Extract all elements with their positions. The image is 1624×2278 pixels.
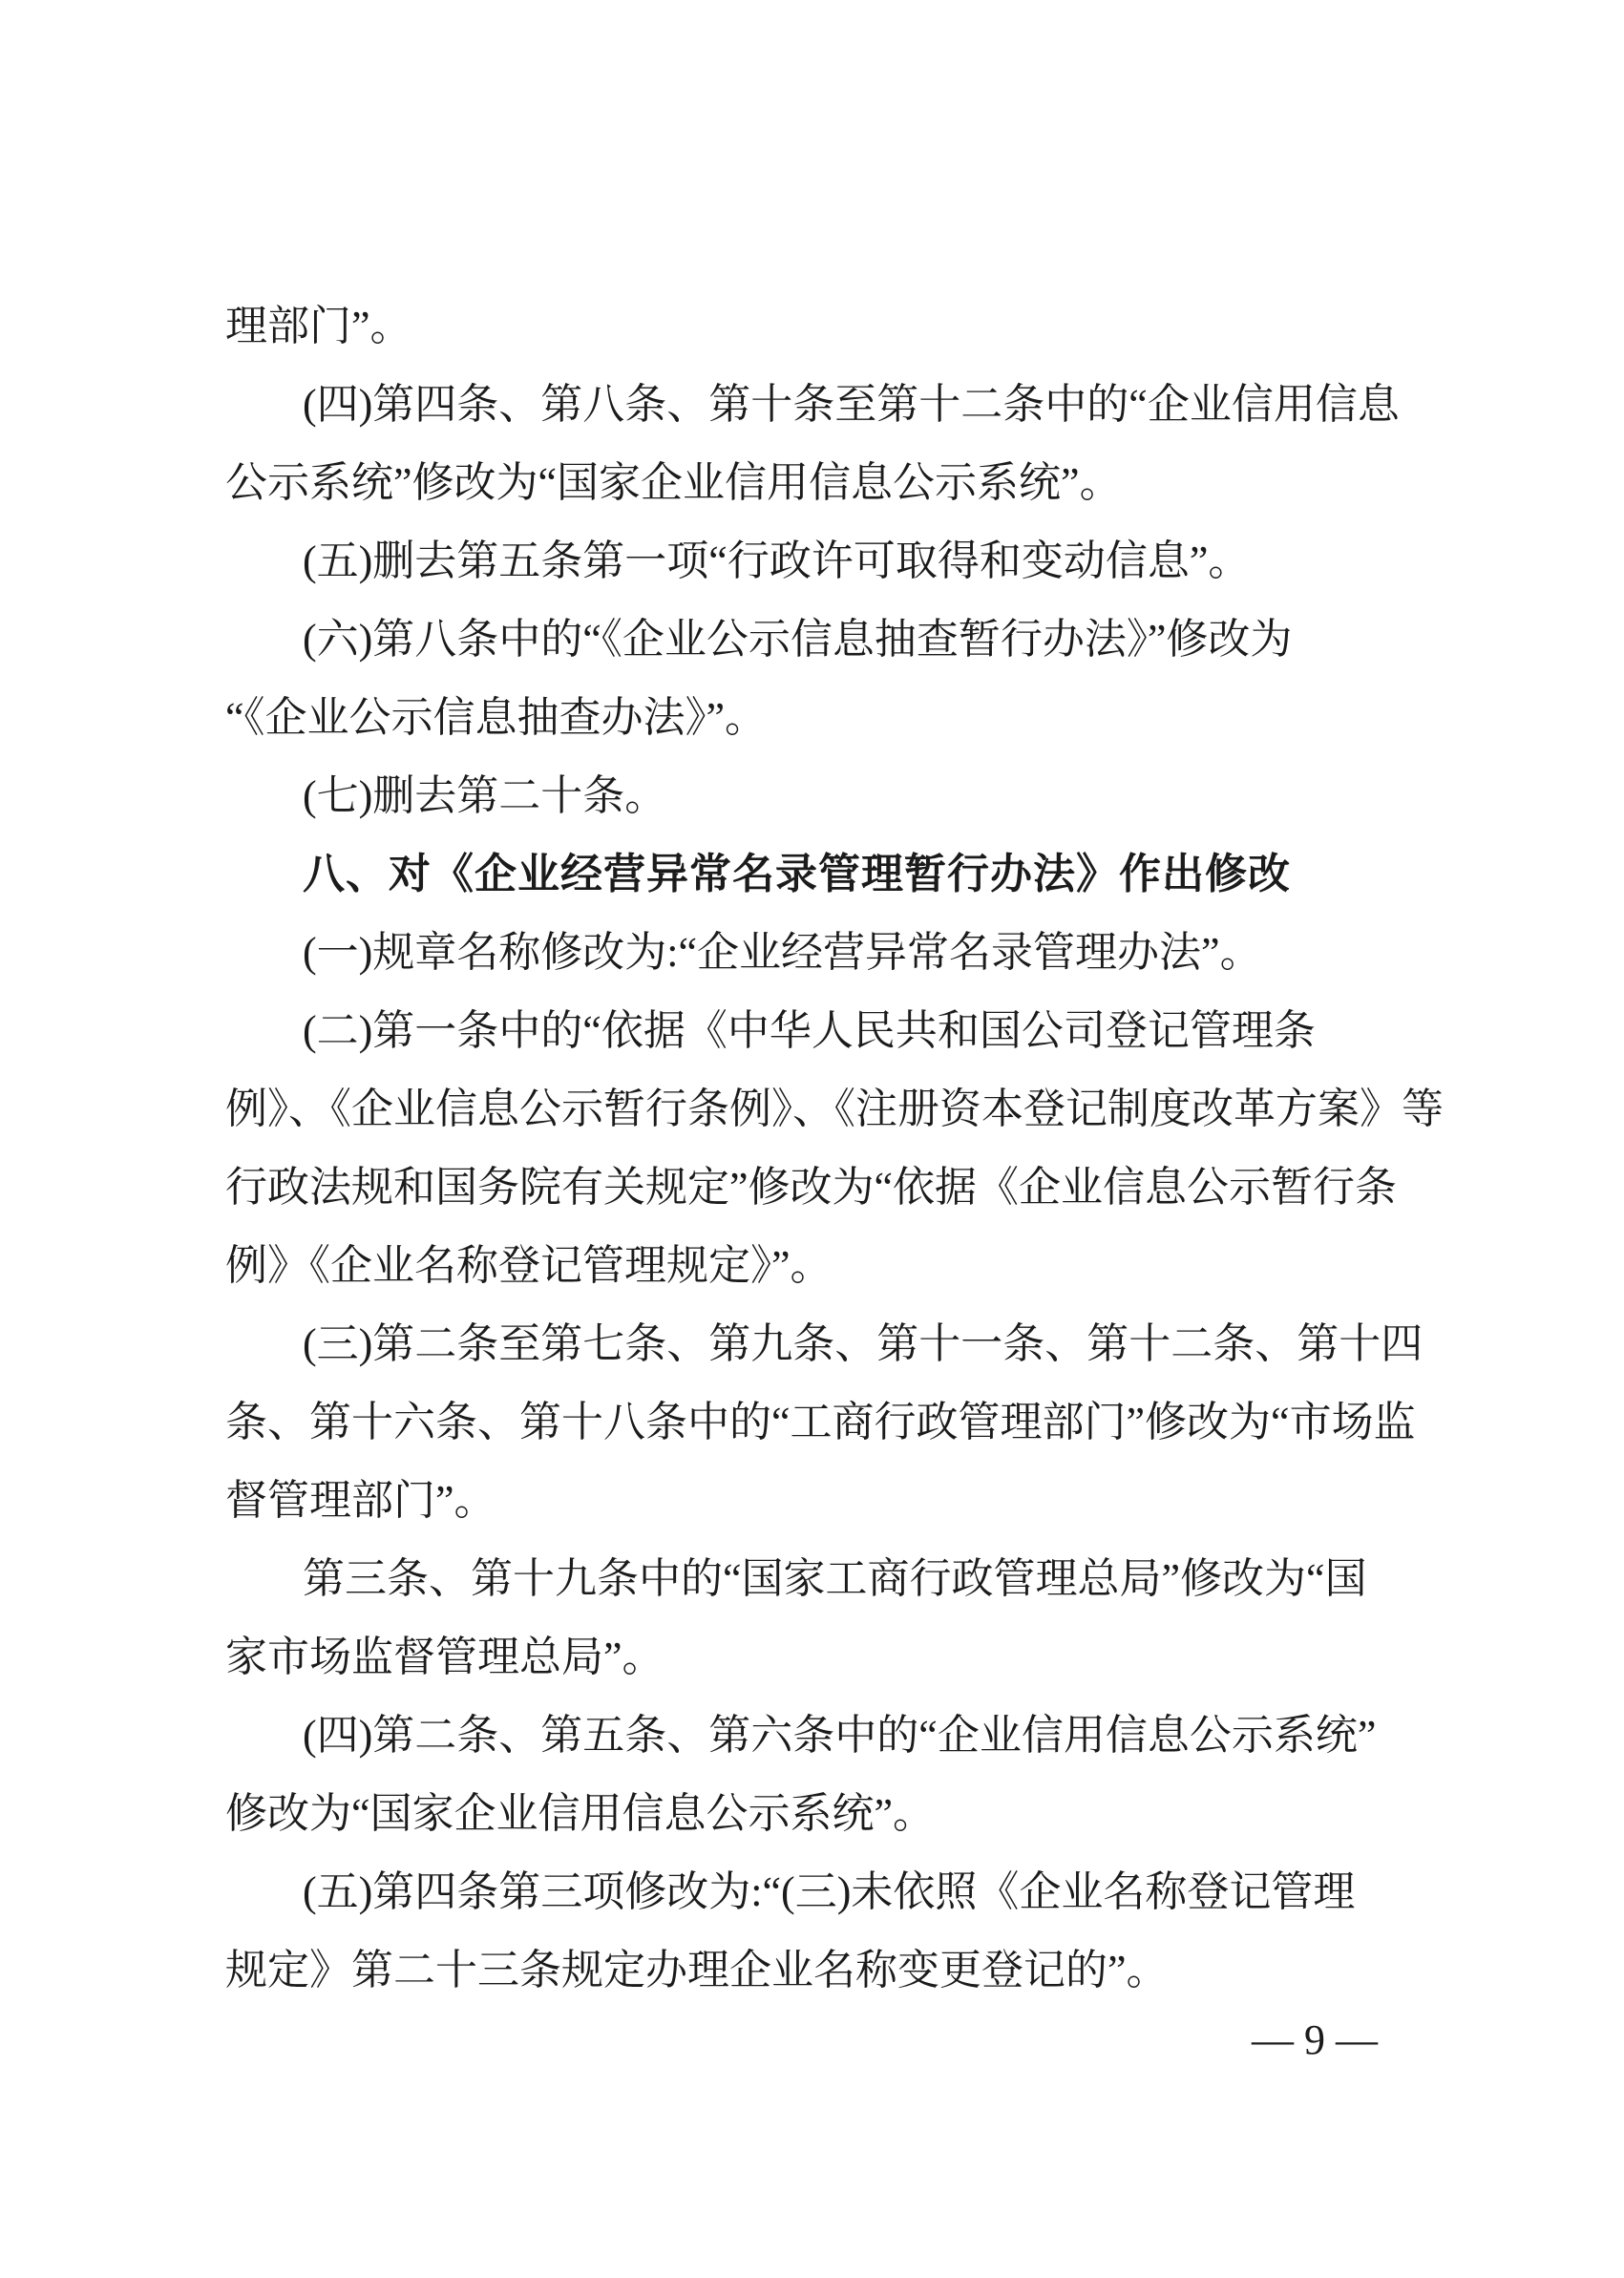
text-line: 第三条、第十九条中的“国家工商行政管理总局”修改为“国 bbox=[225, 1540, 1419, 1618]
page-number: — 9 — bbox=[1252, 2016, 1378, 2064]
text-line: (七)删去第二十条。 bbox=[225, 757, 1419, 835]
text-line: 条、第十六条、第十八条中的“工商行政管理部门”修改为“市场监 bbox=[225, 1383, 1419, 1462]
text-line: (三)第二条至第七条、第九条、第十一条、第十二条、第十四 bbox=[225, 1305, 1419, 1383]
text-line: 公示系统”修改为“国家企业信用信息公示系统”。 bbox=[225, 444, 1419, 522]
text-line: (一)规章名称修改为:“企业经营异常名录管理办法”。 bbox=[225, 914, 1419, 992]
text-line: 例》、《企业信息公示暂行条例》、《注册资本登记制度改革方案》等 bbox=[225, 1070, 1419, 1149]
document-page: 理部门”。(四)第四条、第八条、第十条至第十二条中的“企业信用信息公示系统”修改… bbox=[0, 0, 1624, 2278]
text-line: 修改为“国家企业信用信息公示系统”。 bbox=[225, 1775, 1419, 1853]
text-line: (五)第四条第三项修改为:“(三)未依照《企业名称登记管理 bbox=[225, 1853, 1419, 1931]
text-line: (五)删去第五条第一项“行政许可取得和变动信息”。 bbox=[225, 522, 1419, 601]
document-body: 理部门”。(四)第四条、第八条、第十条至第十二条中的“企业信用信息公示系统”修改… bbox=[225, 287, 1419, 2010]
text-line: 家市场监督管理总局”。 bbox=[225, 1618, 1419, 1697]
section-heading: 八、对《企业经营异常名录管理暂行办法》作出修改 bbox=[225, 835, 1419, 914]
text-line: 行政法规和国务院有关规定”修改为“依据《企业信息公示暂行条 bbox=[225, 1149, 1419, 1227]
text-line: (四)第四条、第八条、第十条至第十二条中的“企业信用信息 bbox=[225, 366, 1419, 444]
text-line: (二)第一条中的“依据《中华人民共和国公司登记管理条 bbox=[225, 992, 1419, 1070]
text-line: 规定》第二十三条规定办理企业名称变更登记的”。 bbox=[225, 1931, 1419, 2010]
text-line: 理部门”。 bbox=[225, 287, 1419, 366]
text-line: (四)第二条、第五条、第六条中的“企业信用信息公示系统” bbox=[225, 1697, 1419, 1775]
text-line: 例》《企业名称登记管理规定》”。 bbox=[225, 1227, 1419, 1305]
text-line: 督管理部门”。 bbox=[225, 1462, 1419, 1540]
text-line: “《企业公示信息抽查办法》”。 bbox=[225, 679, 1419, 757]
text-line: (六)第八条中的“《企业公示信息抽查暂行办法》”修改为 bbox=[225, 601, 1419, 679]
